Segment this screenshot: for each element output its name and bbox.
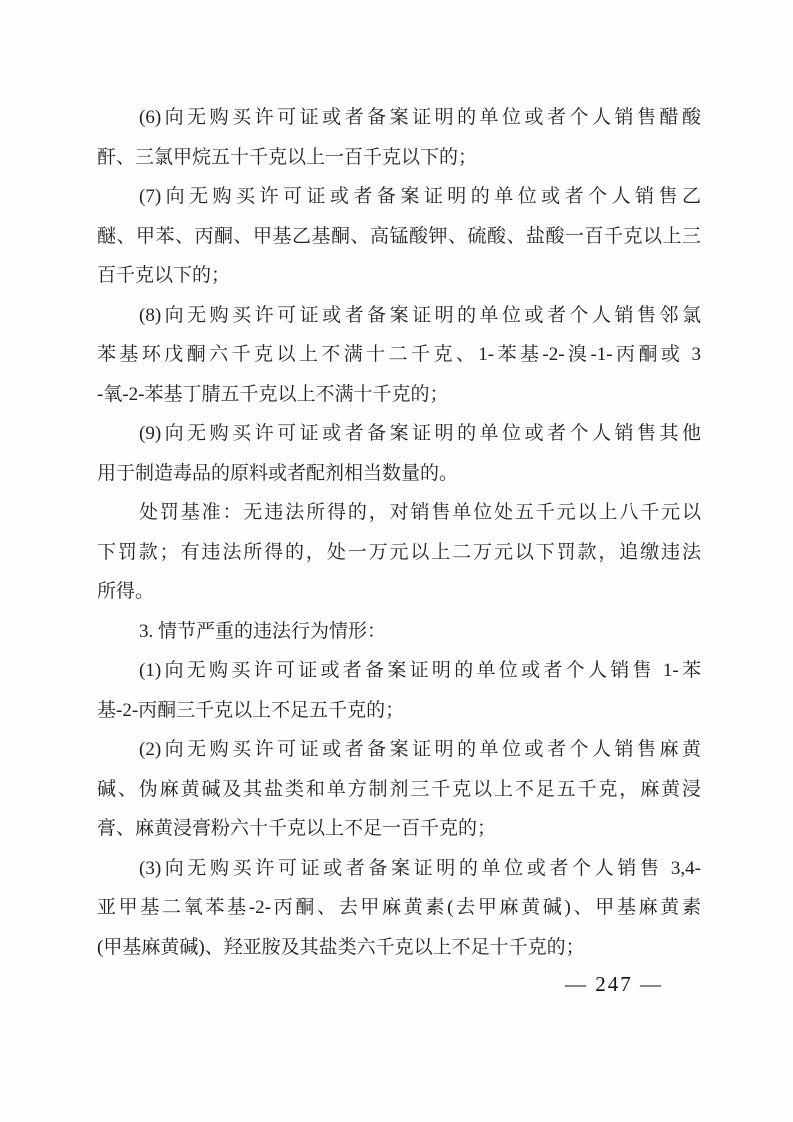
paragraph-item-8: (8)向无购买许可证或者备案证明的单位或者个人销售邻氯 苯基环戊酮六千克以上不满… — [97, 296, 701, 415]
text-line: 处罚基准：无违法所得的，对销售单位处五千元以上八千元以 — [97, 493, 701, 533]
text-line: 3. 情节严重的违法行为情形： — [97, 612, 701, 652]
page-number-text: — 247 — — [565, 965, 663, 1005]
text-line: 醚、甲苯、丙酮、甲基乙基酮、高锰酸钾、硫酸、盐酸一百千克以上三 — [97, 217, 701, 257]
text-line: 百千克以下的； — [97, 256, 701, 296]
text-line: (3)向无购买许可证或者备案证明的单位或者个人销售 3,4- — [97, 849, 701, 889]
text-line: (甲基麻黄碱)、羟亚胺及其盐类六千克以上不足十千克的； — [97, 928, 701, 968]
text-block: (6)向无购买许可证或者备案证明的单位或者个人销售醋酸 酐、三氯甲烷五十千克以上… — [97, 98, 701, 967]
paragraph-item-3: (3)向无购买许可证或者备案证明的单位或者个人销售 3,4- 亚甲基二氧苯基-2… — [97, 849, 701, 968]
paragraph-item-2: (2)向无购买许可证或者备案证明的单位或者个人销售麻黄 碱、伪麻黄碱及其盐类和单… — [97, 730, 701, 849]
text-line: (7)向无购买许可证或者备案证明的单位或者个人销售乙 — [97, 177, 701, 217]
text-line: -氧-2-苯基丁腈五千克以上不满十千克的； — [97, 375, 701, 415]
document-page: (6)向无购买许可证或者备案证明的单位或者个人销售醋酸 酐、三氯甲烷五十千克以上… — [0, 0, 793, 1122]
text-line: (9)向无购买许可证或者备案证明的单位或者个人销售其他 — [97, 414, 701, 454]
text-line: 用于制造毒品的原料或者配剂相当数量的。 — [97, 454, 701, 494]
text-line: 所得。 — [97, 572, 701, 612]
text-line: 膏、麻黄浸膏粉六十千克以上不足一百千克的； — [97, 809, 701, 849]
text-line: (1)向无购买许可证或者备案证明的单位或者个人销售 1-苯 — [97, 651, 701, 691]
text-line: 碱、伪麻黄碱及其盐类和单方制剂三千克以上不足五千克，麻黄浸 — [97, 770, 701, 810]
paragraph-penalty-standard: 处罚基准：无违法所得的，对销售单位处五千元以上八千元以 下罚款；有违法所得的，处… — [97, 493, 701, 612]
page-number: — 247 — — [97, 965, 701, 1005]
text-line: (2)向无购买许可证或者备案证明的单位或者个人销售麻黄 — [97, 730, 701, 770]
text-line: 酐、三氯甲烷五十千克以上一百千克以下的； — [97, 138, 701, 178]
text-line: 亚甲基二氧苯基-2-丙酮、去甲麻黄素(去甲麻黄碱)、甲基麻黄素 — [97, 888, 701, 928]
text-line: 基-2-丙酮三千克以上不足五千克的； — [97, 691, 701, 731]
paragraph-item-1: (1)向无购买许可证或者备案证明的单位或者个人销售 1-苯 基-2-丙酮三千克以… — [97, 651, 701, 730]
text-line: (8)向无购买许可证或者备案证明的单位或者个人销售邻氯 — [97, 296, 701, 336]
text-line: 下罚款；有违法所得的，处一万元以上二万元以下罚款，追缴违法 — [97, 533, 701, 573]
heading-serious-violations: 3. 情节严重的违法行为情形： — [97, 612, 701, 652]
text-line: 苯基环戊酮六千克以上不满十二千克、1-苯基-2-溴-1-丙酮或 3 — [97, 335, 701, 375]
paragraph-item-6: (6)向无购买许可证或者备案证明的单位或者个人销售醋酸 酐、三氯甲烷五十千克以上… — [97, 98, 701, 177]
text-line: (6)向无购买许可证或者备案证明的单位或者个人销售醋酸 — [97, 98, 701, 138]
paragraph-item-9: (9)向无购买许可证或者备案证明的单位或者个人销售其他 用于制造毒品的原料或者配… — [97, 414, 701, 493]
paragraph-item-7: (7)向无购买许可证或者备案证明的单位或者个人销售乙 醚、甲苯、丙酮、甲基乙基酮… — [97, 177, 701, 296]
